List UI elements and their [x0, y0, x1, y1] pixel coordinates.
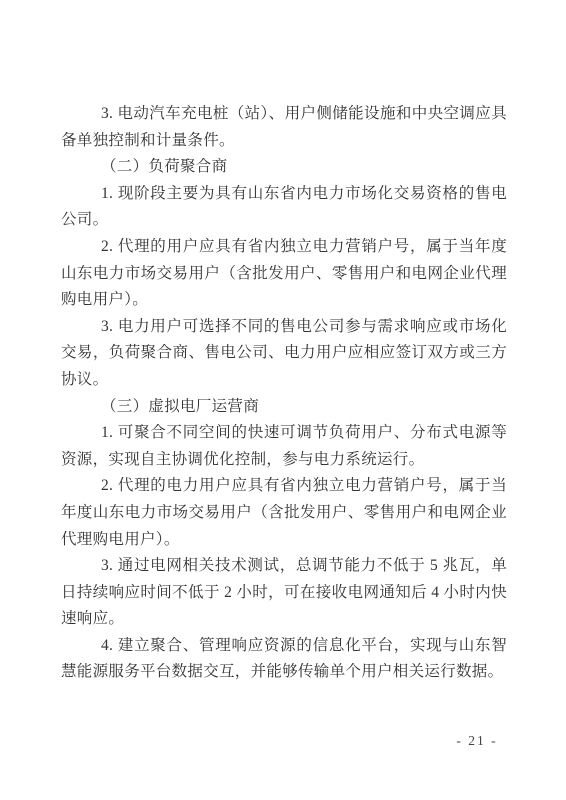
paragraph-vpp-item-3: 3. 通过电网相关技术测试，总调节能力不低于 5 兆瓦，单日持续响应时间不低于 … [61, 553, 507, 633]
paragraph-aggregator-item-3: 3. 电力用户可选择不同的售电公司参与需求响应或市场化交易，负荷聚合商、售电公司… [61, 314, 507, 394]
document-body: 3. 电动汽车充电桩（站）、用户侧储能设施和中央空调应具备单独控制和计量条件。 … [61, 101, 507, 686]
paragraph-vpp-item-1: 1. 可聚合不同空间的快速可调节负荷用户、分布式电源等资源，实现自主协调优化控制… [61, 420, 507, 473]
page-number: - 21 - [437, 732, 517, 750]
paragraph-aggregator-item-1: 1. 现阶段主要为具有山东省内电力市场化交易资格的售电公司。 [61, 181, 507, 234]
paragraph-aggregator-item-2: 2. 代理的用户应具有省内独立电力营销户号，属于当年度山东电力市场交易用户（含批… [61, 234, 507, 314]
paragraph-vpp-item-4: 4. 建立聚合、管理响应资源的信息化平台，实现与山东智慧能源服务平台数据交互，并… [61, 633, 507, 686]
document-page: 3. 电动汽车充电桩（站）、用户侧储能设施和中央空调应具备单独控制和计量条件。 … [0, 0, 566, 800]
paragraph-charging-pile-conditions: 3. 电动汽车充电桩（站）、用户侧储能设施和中央空调应具备单独控制和计量条件。 [61, 101, 507, 154]
heading-virtual-power-plant-operator: （三）虚拟电厂运营商 [61, 394, 507, 421]
heading-load-aggregator: （二）负荷聚合商 [61, 154, 507, 181]
paragraph-vpp-item-2: 2. 代理的电力用户应具有省内独立电力营销户号，属于当年度山东电力市场交易用户（… [61, 473, 507, 553]
